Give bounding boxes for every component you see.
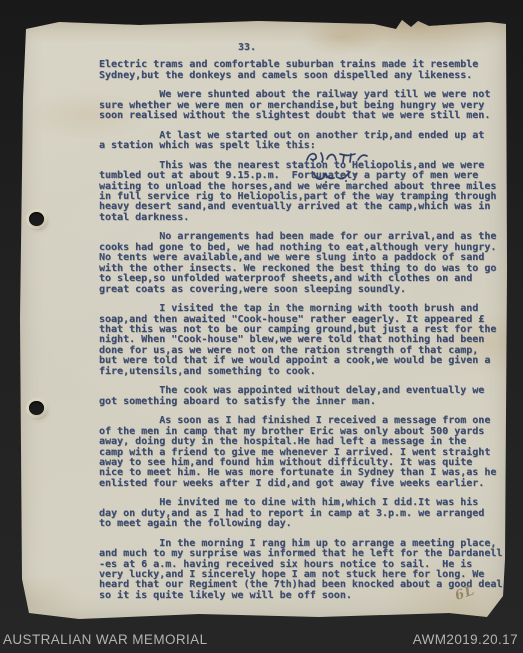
typed-paragraph: We were shunted about the railway yard t… (99, 90, 513, 121)
typed-paragraph: He invited me to dine with him,which I d… (99, 498, 513, 529)
handwritten-arabic-script (305, 147, 371, 185)
archive-footer: AUSTRALIAN WAR MEMORIAL AWM2019.20.17 (0, 627, 523, 653)
typed-paragraph: In the morning I rang him up to arrange … (99, 539, 513, 602)
typed-paragraph: Electric trams and comfortable suburban … (99, 60, 513, 81)
punch-hole-bottom (29, 401, 44, 415)
page-number: 33. (99, 43, 513, 53)
typed-paragraph: As soon as I had finished I received a m… (99, 416, 513, 489)
archive-name: AUSTRALIAN WAR MEMORIAL (3, 632, 207, 647)
typed-paragraph: I visited the tap in the morning with to… (99, 304, 513, 377)
punch-hole-top (29, 212, 44, 226)
document-page: 33. Electric trams and comfortable subur… (19, 19, 507, 621)
typed-paragraph: No arrangements had been made for our ar… (99, 232, 513, 295)
typed-paragraph: The cook was appointed without delay,and… (99, 386, 513, 407)
scan-background: 33. Electric trams and comfortable subur… (0, 0, 523, 653)
archive-reference-number: AWM2019.20.17 (413, 632, 518, 647)
typed-text-block: 33. Electric trams and comfortable subur… (99, 43, 513, 610)
